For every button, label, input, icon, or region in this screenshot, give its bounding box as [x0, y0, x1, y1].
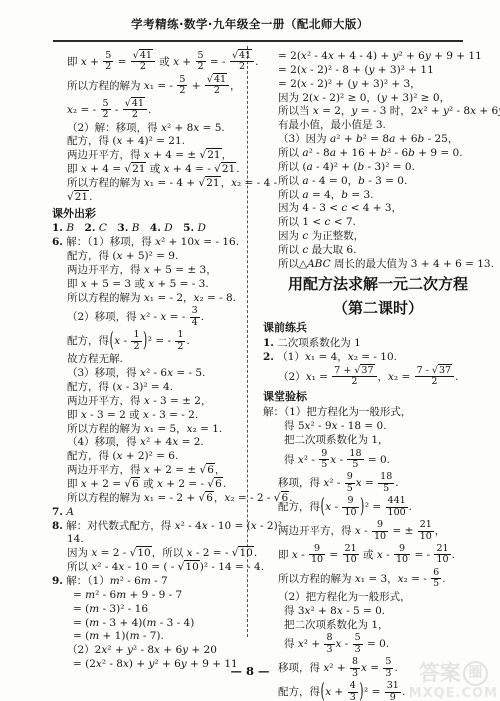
text-line: 故方程无解. [52, 353, 250, 367]
workbook-answer-page: 学考精练·数学·九年级全一册（配北师大版） 即 x + 52 = √412 或 … [0, 0, 500, 701]
text-line: 所以 a² - 8a + 16 + b² - 6b + 9 = 0. [263, 147, 493, 161]
text-line: 所以方程的解为 x₁ = - 4 + √21，x₂ = - 4 - [52, 177, 250, 191]
lesson-title: （第二课时） [263, 296, 493, 320]
text-line: 配方，得(x - 12)² = - 12. [52, 329, 250, 353]
text-line: 所以方程的解为 x₁ = 3，x₂ = - 65. [263, 567, 493, 591]
watermark: 答案圈 MXQE.COM [409, 660, 498, 701]
lesson-title: 用配方法求解一元二次方程 [263, 272, 493, 296]
text-line: 两边开平方，得 x - 3 = ± 2， [52, 395, 250, 409]
text-line: 即 x - 910 = 2110 或 x - 910 = - 2110. [263, 543, 493, 567]
text-line: 得 5x² - 9x - 18 = 0. [263, 420, 493, 434]
text-line: 1. B 2. C 3. B 4. D 5. D [52, 222, 250, 236]
text-line: 得 3x² + 8x - 5 = 0. [263, 605, 493, 619]
text-line: 两边开平方，得 x + 4 = ± √21， [52, 149, 250, 163]
text-line: 配方，得 (x + 2)² = 6. [52, 450, 250, 464]
text-line: 2. （1）x₁ = 4，x₂ = - 10. [263, 351, 493, 365]
text-line: 因为 4 - 3 < c < 4 + 3， [263, 202, 493, 216]
text-line: 得 x² - 95x - 185 = 0. [263, 448, 493, 472]
text-line: 所以方程的解为 x₁ = - 2，x₂ = - 8. [52, 292, 250, 306]
text-line: （2）把方程化为一般形式， [263, 591, 493, 605]
text-line: x₂ = - 52 - √412. [52, 98, 250, 122]
text-line: （3）移项，得 x² - 6x = - 5. [52, 367, 250, 381]
text-line: 把二次项系数化为 1， [263, 434, 493, 448]
text-line: 即 x + 4 = √21 或 x + 4 = - √21. [52, 163, 250, 177]
text-line: 14. [52, 533, 250, 547]
text-line: 1. 二次项系数化为 1 [263, 337, 493, 351]
text-line: 所以方程的解为 x₁ = - 52 + √412， [52, 74, 250, 98]
text-line: 7. A [52, 506, 250, 520]
text-line: 移项，得 x² - 95x = 185. [263, 471, 493, 495]
text-line: 所以方程的解为 x₁ = 5，x₂ = 1. [52, 423, 250, 437]
text-line: （2）移项，得 x² - x = - 34. [52, 305, 250, 329]
text-line: = 2(x - 2)² + (y + 3)² + 3， [263, 78, 493, 92]
text-line: 所以 a = 4，b = 3. [263, 189, 493, 203]
text-line: 得 x² + 83x - 53 = 0. [263, 632, 493, 656]
text-line: 配方，得 (x + 4)² = 21. [52, 135, 250, 149]
text-line: 两边开平方，得 x + 2 = ± √6， [52, 464, 250, 478]
text-line: 即 x + 2 = √6 或 x + 2 = - √6. [52, 478, 250, 492]
text-line: = (m - 3)² - 16 [52, 603, 250, 617]
text-line: 配方，得(x - 910)² = 441100. [263, 495, 493, 519]
text-line: = 2(x - 2)² - 8 + (y + 3)² + 11 [263, 64, 493, 78]
watermark-brand-circled-icon: 圈 [463, 661, 488, 686]
text-line: （4）移项，得 x² + 4x = 2. [52, 436, 250, 450]
text-line: 8. 解：对代数式配方，得 x² - 4x - 10 = (x - 2)² - [52, 520, 250, 534]
text-line: 解：（1）把方程化为一般形式， [263, 406, 493, 420]
left-column: 即 x + 52 = √412 或 x + 52 = - √412.所以方程的解… [52, 50, 250, 672]
text-line: 因为 2(x - 2)² ≥ 0，(y + 3)² ≥ 0， [263, 92, 493, 106]
text-line: 把二次项系数化为 1， [263, 619, 493, 633]
text-line: 即 x + 5 = 3 或 x + 5 = - 3. [52, 278, 250, 292]
text-line: 即 x + 52 = √412 或 x + 52 = - √412. [52, 50, 250, 74]
section-heading: 课前练兵 [263, 319, 493, 337]
text-line: 6. 解：（1）移项，得 x² + 10x = - 16. [52, 236, 250, 250]
text-line: 配方，得 (x - 3)² = 4. [52, 381, 250, 395]
text-line: （2）x₁ = 7 + √372，x₂ = 7 - √372. [263, 365, 493, 389]
text-line: √21. [52, 191, 250, 205]
section-heading: 课外出彩 [52, 205, 250, 223]
text-line: 即 x - 3 = 2 或 x - 3 = - 2. [52, 409, 250, 423]
watermark-site: MXQE.COM [409, 686, 498, 701]
text-line: = m² - 6m + 9 - 9 - 7 [52, 589, 250, 603]
text-line: 因为 c 为正整数， [263, 230, 493, 244]
text-line: （2）解：移项，得 x² + 8x = 5. [52, 122, 250, 136]
text-line: 所以方程的解为 x₁ = - 2 + √6，x₂ = - 2 - √6. [52, 492, 250, 506]
text-line: 所以 c 最大取 6. [263, 244, 493, 258]
text-line: （2）2x² + y² - 8x + 6y + 20 [52, 644, 250, 658]
section-heading: 课堂验标 [263, 388, 493, 406]
book-title: 学考精练·数学·九年级全一册（配北师大版） [0, 16, 500, 32]
header-divider-rule [53, 40, 463, 42]
text-line: 所以 (a - 4)² + (b - 3)² = 0. [263, 161, 493, 175]
text-line: 两边开平方，得 x + 5 = ± 3， [52, 264, 250, 278]
text-line: = 2(x² - 4x + 4 - 4) + y² + 6y + 9 + 11 [263, 50, 493, 64]
text-line: 两边开平方，得 x - 910 = ± 2110， [263, 519, 493, 543]
text-line: 所以 a - 4 = 0，b - 3 = 0. [263, 175, 493, 189]
right-column: = 2(x² - 4x + 4 - 4) + y² + 6y + 9 + 11=… [263, 50, 493, 701]
text-line: 因为 x = 2 - √10，所以 x - 2 = - √10. [52, 547, 250, 561]
text-line: 9. 解：（1）m² - 6m - 7 [52, 575, 250, 589]
text-line: （3）因为 a² + b² = 8a + 6b - 25， [263, 133, 493, 147]
text-line: 所以 x² - 4x - 10 = ( - √10)² - 14 = - 4. [52, 561, 250, 575]
text-line: 所以 1 < c < 7. [263, 216, 493, 230]
text-line: = (m + 1)(m - 7). [52, 630, 250, 644]
text-line: = (m - 3 + 4)(m - 3 - 4) [52, 617, 250, 631]
text-line: 所以当 x = 2，y = - 3 时，2x² + y² - 8x + 6y +… [263, 105, 493, 119]
watermark-logo: 答案圈 [409, 660, 498, 687]
watermark-brand-text: 答案 [419, 661, 461, 685]
text-line: 配方，得 (x + 5)² = 9. [52, 250, 250, 264]
text-line: 所以△ABC 周长的最大值为 3 + 4 + 6 = 13. [263, 258, 493, 272]
text-line: 有最小值，最小值是 3. [263, 119, 493, 133]
